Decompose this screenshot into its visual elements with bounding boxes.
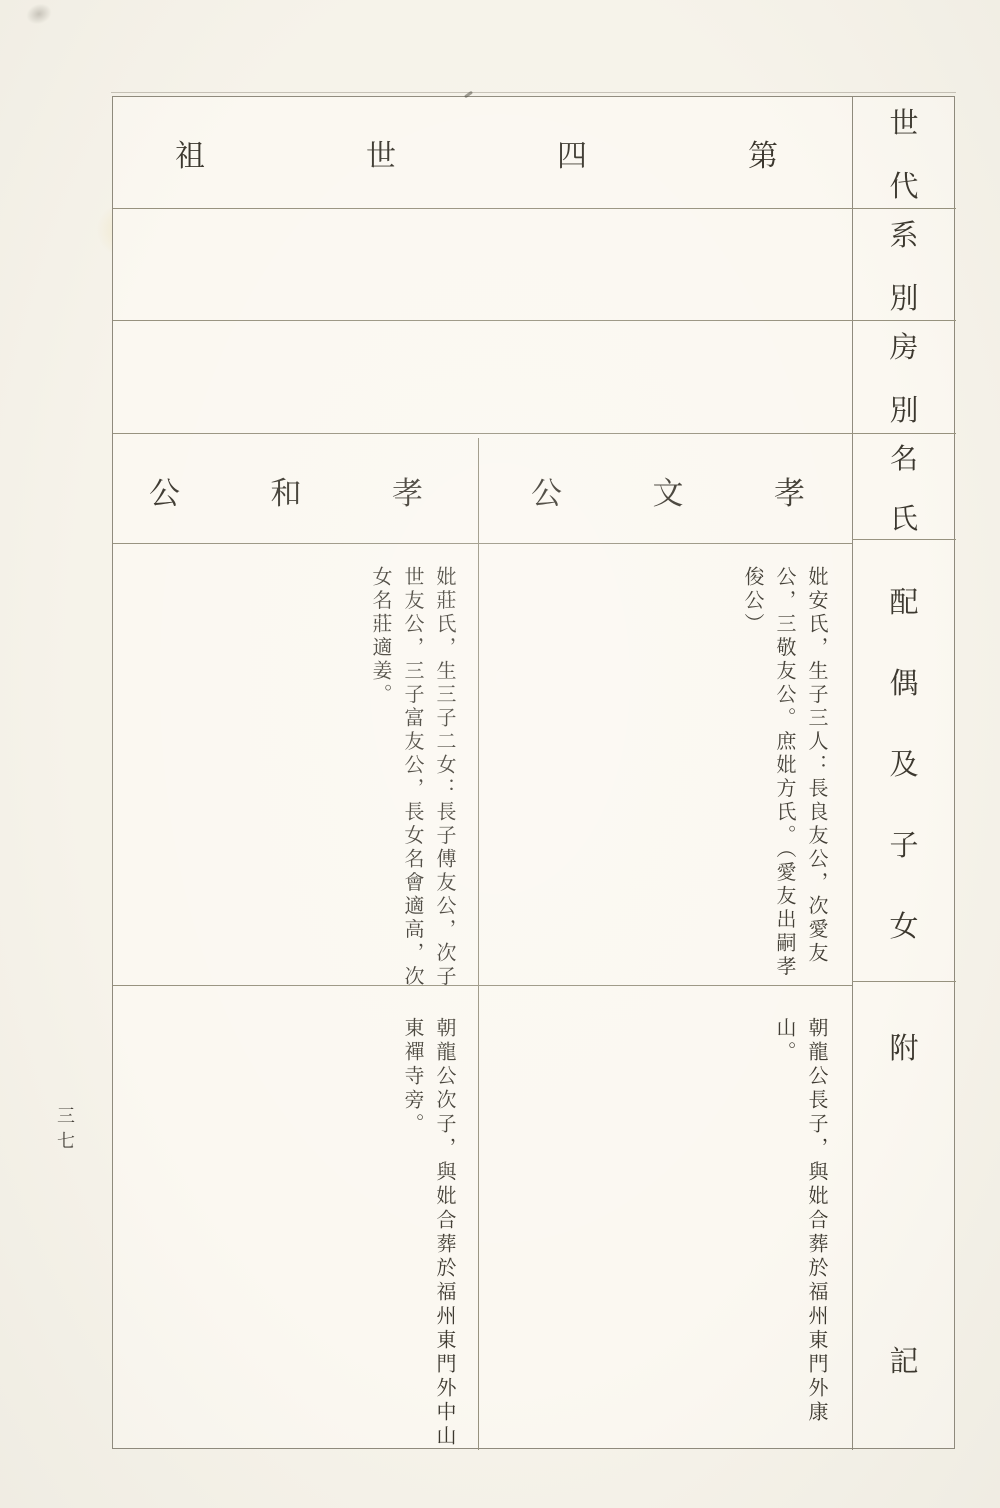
side-header-spouse-children: 配偶及子女 [852, 540, 956, 982]
side-header-name: 名氏 [852, 434, 956, 540]
scan-smudge-corner [23, 0, 54, 28]
side-header-generation: 世代 [852, 97, 956, 209]
scanned-genealogy-page: { "page": { "number": "三七" }, "table": {… [0, 0, 1000, 1508]
name-cell-xiaowen: 公文孝 [479, 438, 852, 544]
notes-cell-xiaowen: 朝龍公長子，與妣合葬於福州東門外康山。 [479, 986, 852, 1450]
notes-text-xiaohe: 朝龍公次子，與妣合葬於福州東門外中山東禪寺旁。 [396, 1017, 460, 1453]
spouse-text-xiaowen: 妣安氏，生子三人：長良友公，次愛友公，三敬友公。庶妣方氏。（愛友出嗣孝俊公） [736, 566, 832, 996]
side-header-branch: 房別 [852, 321, 956, 434]
spouse-text-xiaohe: 妣莊氏，生三子二女：長子傅友公，次子世友公，三子富友公，長女名會適高，次女名莊適… [364, 566, 460, 996]
notes-text-xiaowen: 朝龍公長子，與妣合葬於福州東門外康山。 [768, 1017, 832, 1453]
notes-cell-xiaohe: 朝龍公次子，與妣合葬於福州東門外中山東禪寺旁。 [113, 986, 479, 1450]
branch-row-empty [113, 321, 852, 434]
spouse-cell-xiaowen: 妣安氏，生子三人：長良友公，次愛友公，三敬友公。庶妣方氏。（愛友出嗣孝俊公） [479, 544, 852, 986]
page-number: 三七 [52, 1106, 78, 1156]
side-header-appendix: 附記 [852, 982, 956, 1450]
genealogy-table: 祖世四第 公和孝 公文孝 妣莊氏，生三子二女：長子傅友公，次子世友公，三子富友公… [112, 96, 955, 1449]
spouse-cell-xiaohe: 妣莊氏，生三子二女：長子傅友公，次子世友公，三子富友公，長女名會適高，次女名莊適… [113, 544, 479, 986]
side-header-line: 系別 [852, 209, 956, 321]
generation-title-row: 祖世四第 [113, 97, 852, 209]
lineage-row-empty [113, 209, 852, 321]
name-cell-xiaohe: 公和孝 [113, 438, 479, 544]
